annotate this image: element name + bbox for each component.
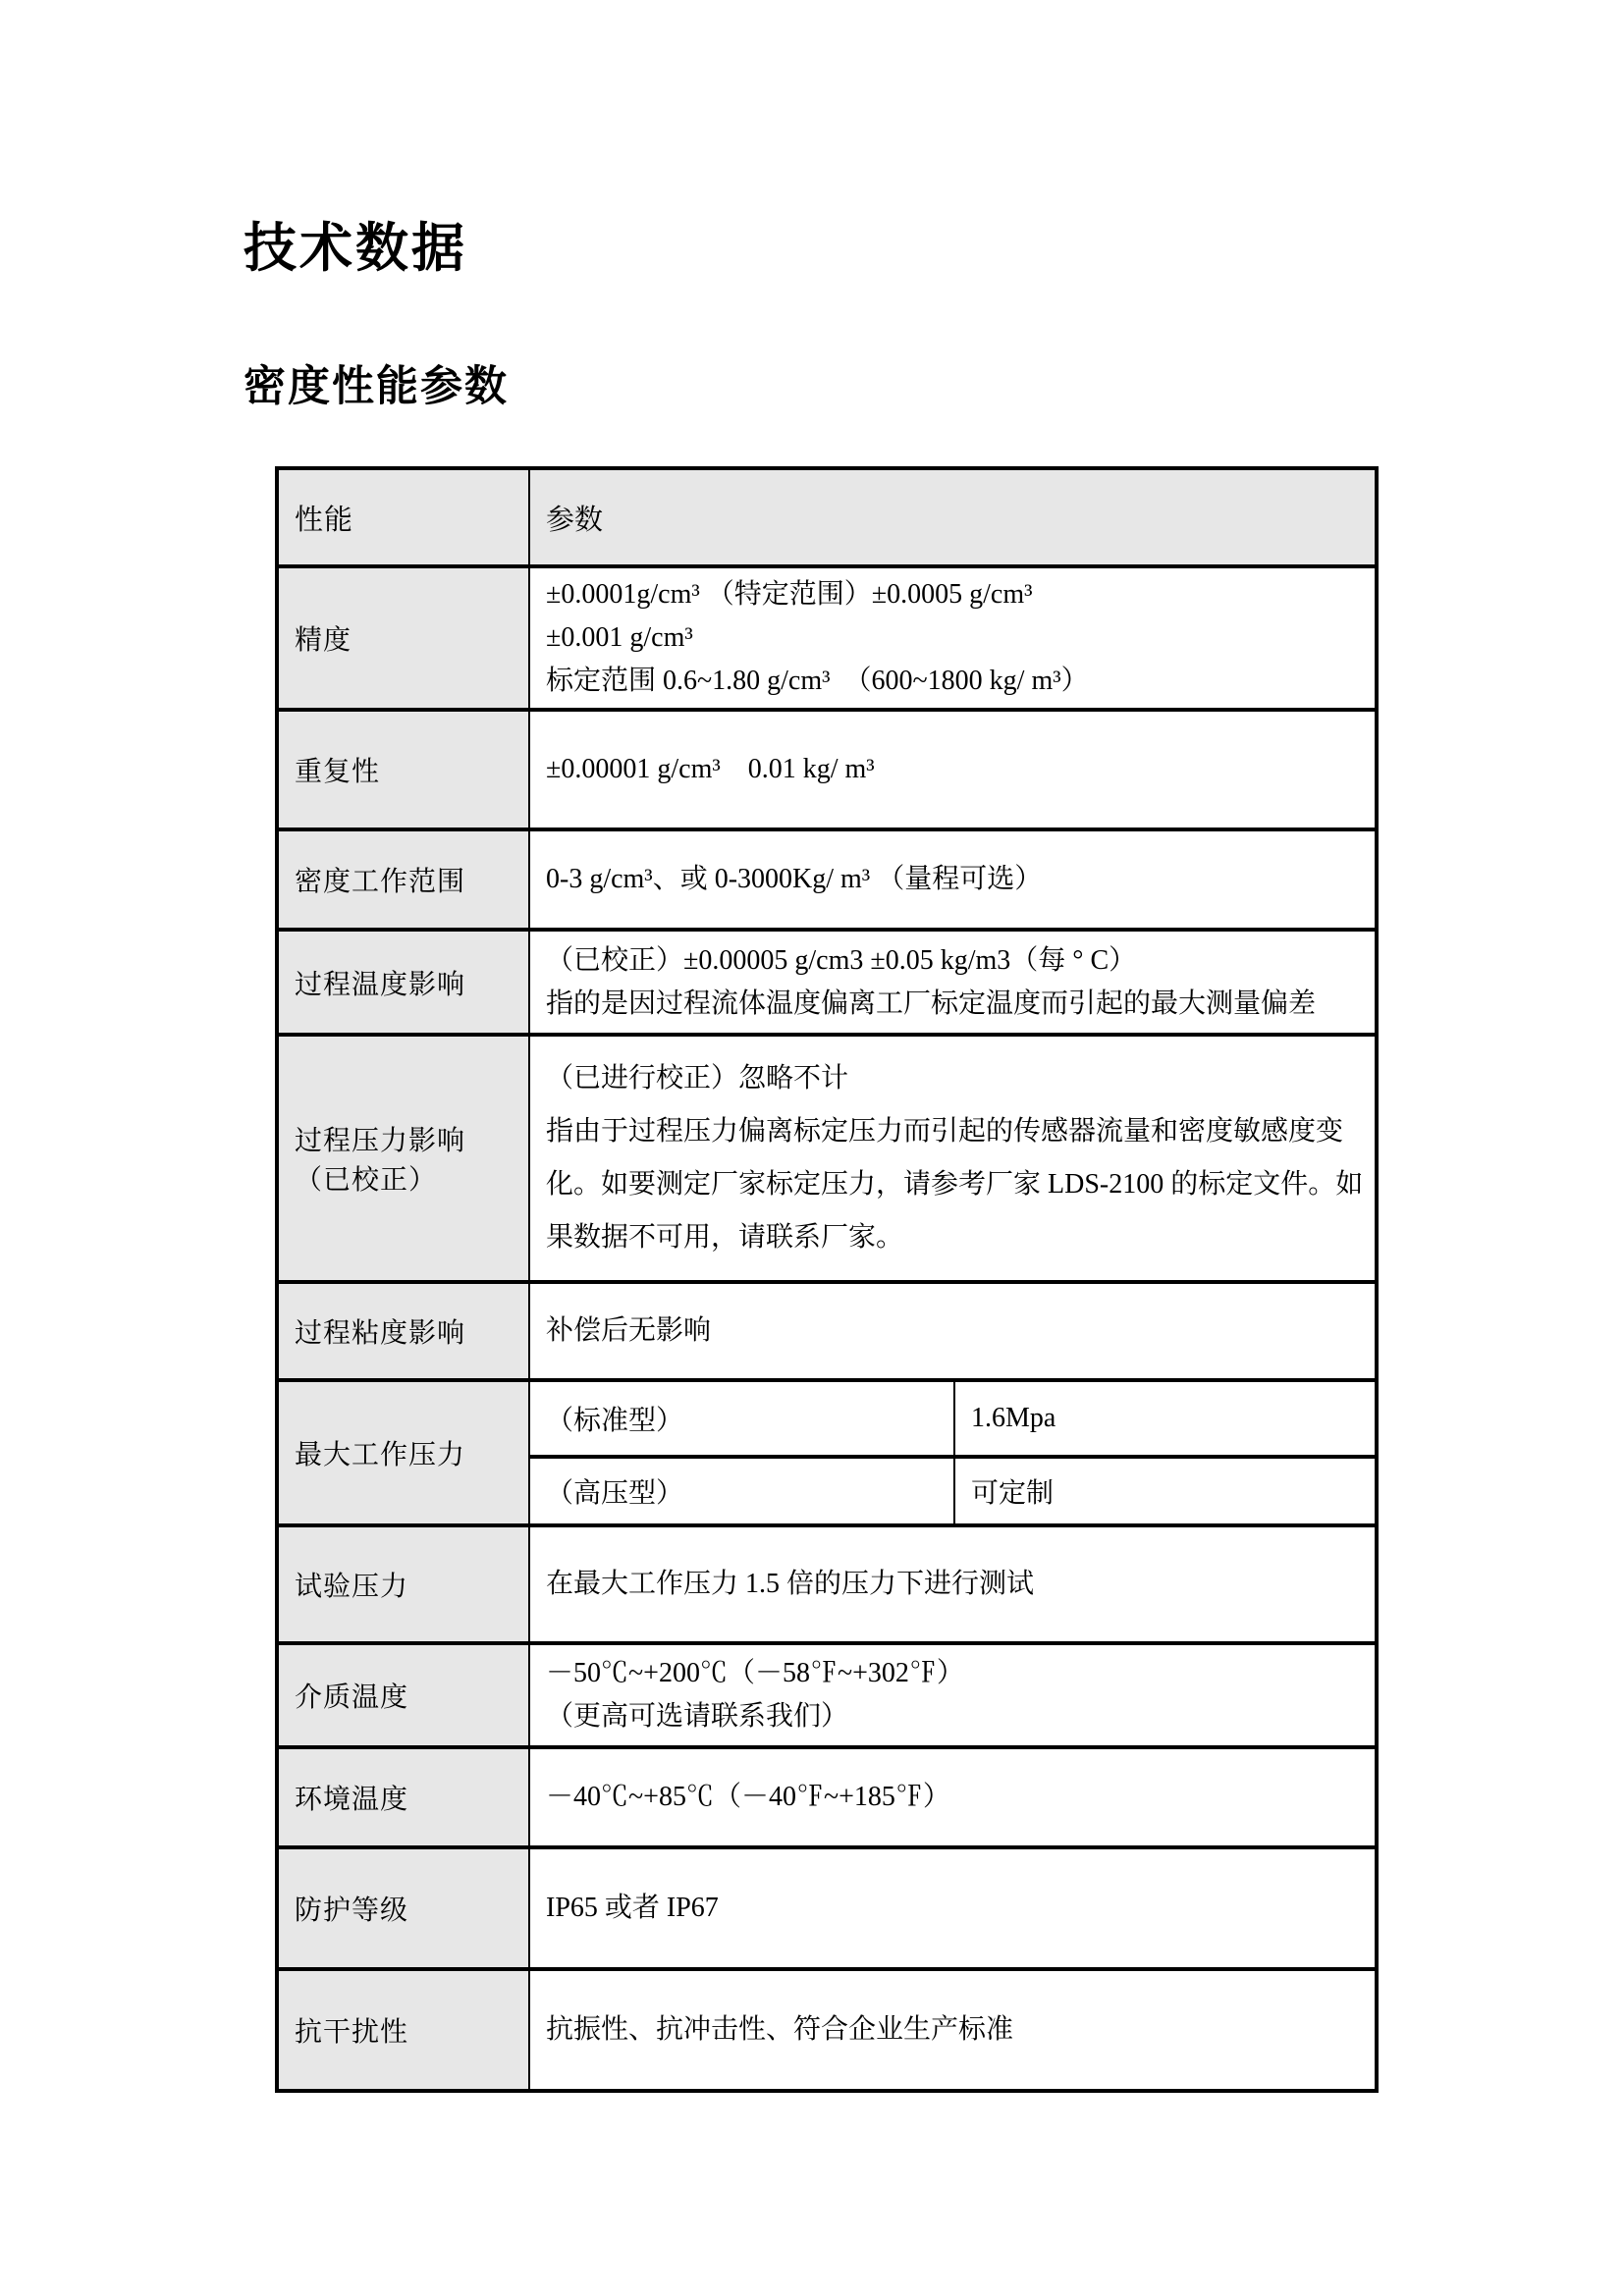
row-label: 环境温度: [277, 1747, 529, 1847]
value-line: 指的是因过程流体温度偏离工厂标定温度而引起的最大测量偏差: [546, 983, 1367, 1026]
section-title: 密度性能参数: [244, 353, 509, 413]
row-value: －40℃~+85℃（－40℉~+185℉）: [529, 1747, 1377, 1847]
row-label: 最大工作压力: [277, 1380, 529, 1525]
row-label: 重复性: [277, 710, 529, 829]
page-title: 技术数据: [244, 206, 467, 282]
table-row-process-pressure-effect: 过程压力影响 （已校正） （已进行校正）忽略不计 指由于过程压力偏离标定压力而引…: [277, 1035, 1377, 1282]
value-line: （已进行校正）忽略不计: [546, 1052, 1367, 1105]
sub-value-cell: 1.6Mpa: [954, 1380, 1377, 1457]
table-row-test-pressure: 试验压力 在最大工作压力 1.5 倍的压力下进行测试: [277, 1525, 1377, 1643]
row-value: IP65 或者 IP67: [529, 1847, 1377, 1969]
row-label: 防护等级: [277, 1847, 529, 1969]
row-label: 抗干扰性: [277, 1969, 529, 2091]
value-line: ±0.001 g/cm³: [546, 616, 1367, 660]
sub-name-cell: （标准型）: [529, 1380, 954, 1457]
label-line: 过程压力影响: [295, 1119, 520, 1158]
table-row-accuracy: 精度 ±0.0001g/cm³ （特定范围）±0.0005 g/cm³ ±0.0…: [277, 566, 1377, 710]
value-line: 抗振性、抗冲击性、符合企业生产标准: [546, 2008, 1367, 2052]
row-value: ±0.0001g/cm³ （特定范围）±0.0005 g/cm³ ±0.001 …: [529, 566, 1377, 710]
table-row-viscosity-effect: 过程粘度影响 补偿后无影响: [277, 1282, 1377, 1380]
row-value: 抗振性、抗冲击性、符合企业生产标准: [529, 1969, 1377, 2091]
row-value: （已进行校正）忽略不计 指由于过程压力偏离标定压力而引起的传感器流量和密度敏感度…: [529, 1035, 1377, 1282]
density-spec-table: 性能 参数 精度 ±0.0001g/cm³ （特定范围）±0.0005 g/cm…: [275, 466, 1379, 2093]
header-cell-performance: 性能: [277, 468, 529, 566]
value-line: ±0.0001g/cm³ （特定范围）±0.0005 g/cm³: [546, 573, 1367, 616]
row-label: 过程温度影响: [277, 930, 529, 1035]
table-row-medium-temperature: 介质温度 －50℃~+200℃（－58℉~+302℉） （更高可选请联系我们）: [277, 1643, 1377, 1747]
value-line: 0-3 g/cm³、或 0-3000Kg/ m³ （量程可选）: [546, 858, 1367, 901]
row-value: 在最大工作压力 1.5 倍的压力下进行测试: [529, 1525, 1377, 1643]
value-line: ±0.00001 g/cm³ 0.01 kg/ m³: [546, 748, 1367, 791]
value-line: （已校正）±0.00005 g/cm3 ±0.05 kg/m3（每 ° C）: [546, 939, 1367, 983]
table-row-repeatability: 重复性 ±0.00001 g/cm³ 0.01 kg/ m³: [277, 710, 1377, 829]
value-line: 补偿后无影响: [546, 1309, 1367, 1353]
table-row-max-working-pressure-standard: 最大工作压力 （标准型） 1.6Mpa: [277, 1380, 1377, 1457]
row-label: 密度工作范围: [277, 829, 529, 930]
value-line: 在最大工作压力 1.5 倍的压力下进行测试: [546, 1563, 1367, 1606]
row-label: 试验压力: [277, 1525, 529, 1643]
header-cell-parameter: 参数: [529, 468, 1377, 566]
value-line: IP65 或者 IP67: [546, 1887, 1367, 1930]
row-value: －50℃~+200℃（－58℉~+302℉） （更高可选请联系我们）: [529, 1643, 1377, 1747]
value-line: －50℃~+200℃（－58℉~+302℉）: [546, 1652, 1367, 1695]
row-value: （已校正）±0.00005 g/cm3 ±0.05 kg/m3（每 ° C） 指…: [529, 930, 1377, 1035]
value-line: 指由于过程压力偏离标定压力而引起的传感器流量和密度敏感度变化。如要测定厂家标定压…: [546, 1105, 1367, 1264]
value-line: 标定范围 0.6~1.80 g/cm³ （600~1800 kg/ m³）: [546, 660, 1367, 703]
document-page: 技术数据 密度性能参数 性能 参数 精度 ±0.0001g/cm³ （特定范围）…: [0, 0, 1624, 2296]
value-line: －40℃~+85℃（－40℉~+185℉）: [546, 1776, 1367, 1819]
table-row-interference-resistance: 抗干扰性 抗振性、抗冲击性、符合企业生产标准: [277, 1969, 1377, 2091]
row-label: 过程粘度影响: [277, 1282, 529, 1380]
value-line: （更高可选请联系我们）: [546, 1695, 1367, 1738]
table-row-density-range: 密度工作范围 0-3 g/cm³、或 0-3000Kg/ m³ （量程可选）: [277, 829, 1377, 930]
row-label: 介质温度: [277, 1643, 529, 1747]
label-line: （已校正）: [295, 1158, 520, 1198]
row-value: ±0.00001 g/cm³ 0.01 kg/ m³: [529, 710, 1377, 829]
table-header-row: 性能 参数: [277, 468, 1377, 566]
sub-name-cell: （高压型）: [529, 1457, 954, 1525]
sub-value-cell: 可定制: [954, 1457, 1377, 1525]
table-row-ambient-temperature: 环境温度 －40℃~+85℃（－40℉~+185℉）: [277, 1747, 1377, 1847]
row-label: 精度: [277, 566, 529, 710]
table-row-process-temperature-effect: 过程温度影响 （已校正）±0.00005 g/cm3 ±0.05 kg/m3（每…: [277, 930, 1377, 1035]
row-label: 过程压力影响 （已校正）: [277, 1035, 529, 1282]
row-value: 补偿后无影响: [529, 1282, 1377, 1380]
row-value: 0-3 g/cm³、或 0-3000Kg/ m³ （量程可选）: [529, 829, 1377, 930]
table-row-protection-rating: 防护等级 IP65 或者 IP67: [277, 1847, 1377, 1969]
